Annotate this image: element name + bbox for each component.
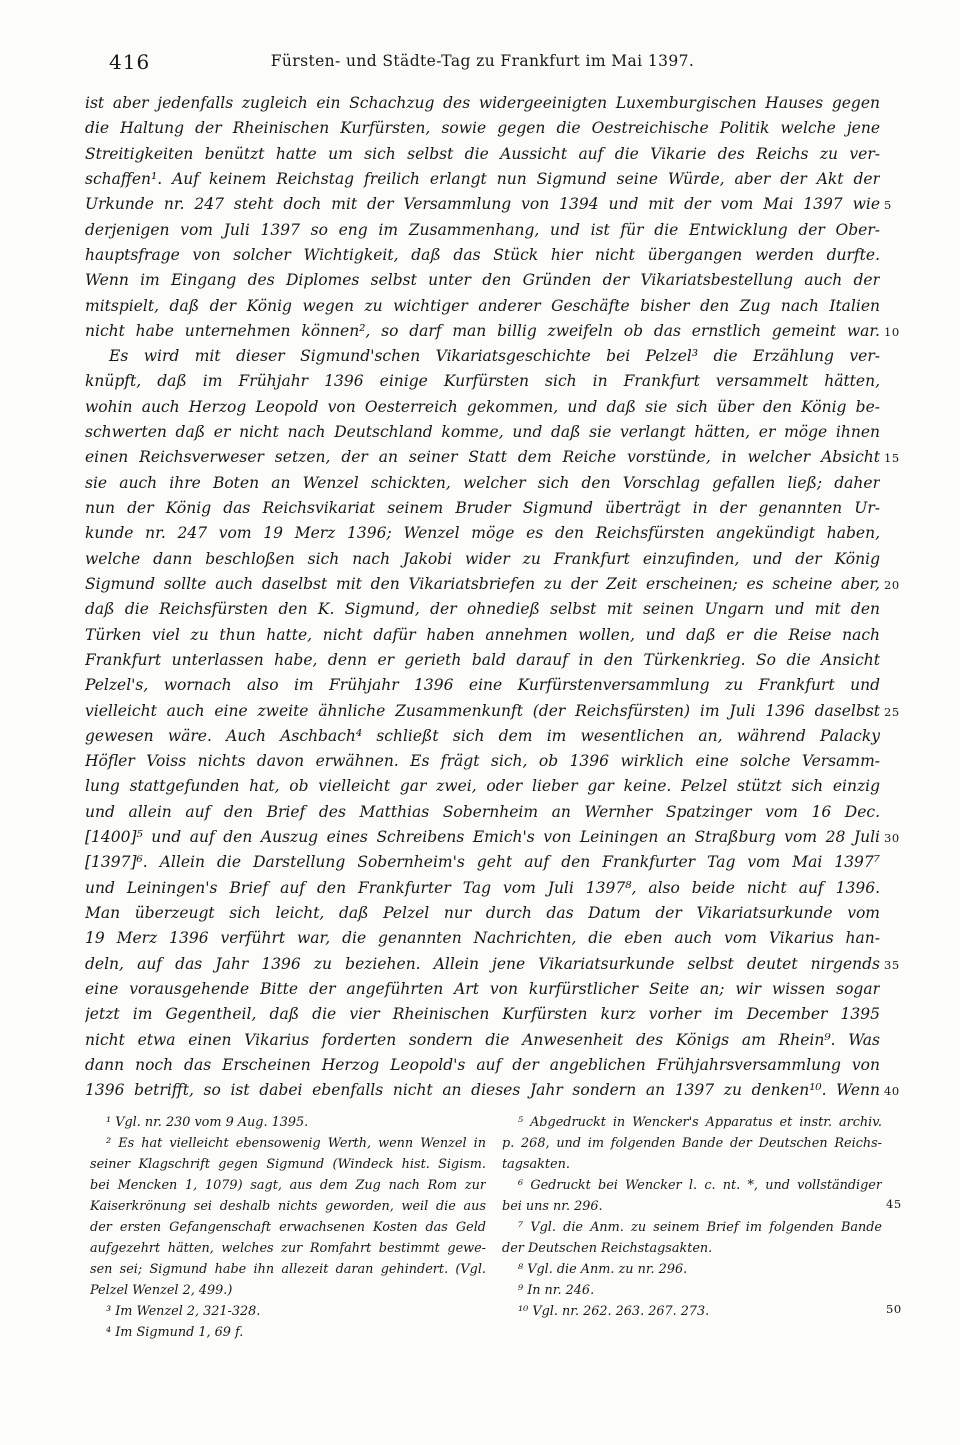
running-head-title: Fürsten- und Städte-Tag zu Frankfurt im …	[85, 46, 880, 70]
footnote-line: ⁷ Vgl. die Anm. zu seinem Brief im folge…	[502, 1217, 882, 1238]
page-number: 416	[109, 50, 150, 74]
line-text: deln, auf das Jahr 1396 zu beziehen. All…	[85, 952, 880, 977]
footnote-line: Pelzel Wenzel 2, 499.)	[90, 1280, 486, 1301]
footnote-text: ¹⁰ Vgl. nr. 262. 263. 267. 273.	[502, 1301, 882, 1322]
footnote-column-left: ¹ Vgl. nr. 230 vom 9 Aug. 1395. ² Es hat…	[90, 1112, 486, 1343]
margin-line-number: 10	[884, 320, 910, 345]
main-text: ist aber jedenfalls zugleich ein Schachz…	[85, 91, 880, 1104]
footnote-line: tagsakten.	[502, 1154, 882, 1175]
footnote-text: der Deutschen Reichstagsakten.	[502, 1238, 882, 1259]
line-text: nun der König das Reichsvikariat seinem …	[85, 496, 880, 521]
text-line: Wenn im Eingang des Diplomes selbst unte…	[85, 268, 880, 293]
footnote-line: ¹ Vgl. nr. 230 vom 9 Aug. 1395.	[90, 1112, 486, 1133]
line-text: nicht etwa einen Vikarius forderten sond…	[85, 1028, 880, 1053]
footnote-line: aufgezehrt hätten, welches zur Romfahrt …	[90, 1238, 486, 1259]
text-line: hauptsfrage von solcher Wichtigkeit, daß…	[85, 243, 880, 268]
line-text: eine vorausgehende Bitte der angeführten…	[85, 977, 880, 1002]
margin-line-number: 20	[884, 573, 910, 598]
text-line: Urkunde nr. 247 steht doch mit der Versa…	[85, 192, 880, 217]
line-text: und allein auf den Brief des Matthias So…	[85, 800, 880, 825]
footnote-line: ¹⁰ Vgl. nr. 262. 263. 267. 273. 50	[502, 1301, 882, 1322]
footnote-text: aufgezehrt hätten, welches zur Romfahrt …	[90, 1238, 486, 1259]
line-text: schaffen¹. Auf keinem Reichstag freilich…	[85, 167, 880, 192]
footnote-text: ⁶ Gedruckt bei Wencker l. c. nt. *, und …	[502, 1175, 882, 1196]
footnote-line: bei Mencken 1, 1079) sagt, aus dem Zug n…	[90, 1175, 486, 1196]
text-line: jetzt im Gegentheil, daß die vier Rheini…	[85, 1002, 880, 1027]
footnote-line: ⁴ Im Sigmund 1, 69 f.	[90, 1322, 486, 1343]
line-text: gewesen wäre. Auch Aschbach⁴ schließt si…	[85, 724, 880, 749]
footnote-text: ² Es hat vielleicht ebensowenig Werth, w…	[90, 1133, 486, 1154]
text-line: daß die Reichsfürsten den K. Sigmund, de…	[85, 597, 880, 622]
footnote-line: ⁶ Gedruckt bei Wencker l. c. nt. *, und …	[502, 1175, 882, 1196]
text-line: mitspielt, daß der König wegen zu wichti…	[85, 294, 880, 319]
footnote-text: Pelzel Wenzel 2, 499.)	[90, 1280, 486, 1301]
line-text: wohin auch Herzog Leopold von Oesterreic…	[85, 395, 880, 420]
line-text: hauptsfrage von solcher Wichtigkeit, daß…	[85, 243, 880, 268]
footnote-line: bei uns nr. 296. 45	[502, 1196, 882, 1217]
line-text: welche dann beschloßen sich nach Jakobi …	[85, 547, 880, 572]
footnote-line: ⁵ Abgedruckt in Wencker's Apparatus et i…	[502, 1112, 882, 1133]
footnote-text: tagsakten.	[502, 1154, 882, 1175]
text-line: Man überzeugt sich leicht, daß Pelzel nu…	[85, 901, 880, 926]
line-text: Man überzeugt sich leicht, daß Pelzel nu…	[85, 901, 880, 926]
footnote-text: p. 268, und im folgenden Bande der Deuts…	[502, 1133, 882, 1154]
text-line: Frankfurt unterlassen habe, denn er geri…	[85, 648, 880, 673]
text-line: 19 Merz 1396 verführt war, die genannten…	[85, 926, 880, 951]
footnote-text: der ersten Gefangenschaft erwachsenen Ko…	[90, 1217, 486, 1238]
text-line: 1396 betrifft, so ist dabei ebenfalls ni…	[85, 1078, 880, 1103]
line-text: schwerten daß er nicht nach Deutschland …	[85, 420, 880, 445]
text-line: schaffen¹. Auf keinem Reichstag freilich…	[85, 167, 880, 192]
footnote-text: Kaiserkrönung sei deshalb nichts geworde…	[90, 1196, 486, 1217]
footnote-text: seiner Klagschrift gegen Sigmund (Windec…	[90, 1154, 486, 1175]
footnote-text: ⁴ Im Sigmund 1, 69 f.	[90, 1322, 486, 1343]
text-line: Streitigkeiten benützt hatte um sich sel…	[85, 142, 880, 167]
line-text: [1397]⁶. Allein die Darstellung Sobernhe…	[85, 850, 880, 875]
footnote-line: seiner Klagschrift gegen Sigmund (Windec…	[90, 1154, 486, 1175]
text-line: Pelzel's, wornach also im Frühjahr 1396 …	[85, 673, 880, 698]
footnote-line: p. 268, und im folgenden Bande der Deuts…	[502, 1133, 882, 1154]
line-text: ist aber jedenfalls zugleich ein Schachz…	[85, 91, 880, 116]
line-text: Türken viel zu thun hatte, nicht dafür h…	[85, 623, 880, 648]
margin-line-number: 40	[884, 1079, 910, 1104]
line-text: dann noch das Erscheinen Herzog Leopold'…	[85, 1053, 880, 1078]
line-text: einen Reichsverweser setzen, der an sein…	[85, 445, 880, 470]
line-text: jetzt im Gegentheil, daß die vier Rheini…	[85, 1002, 880, 1027]
footnote-text: ⁸ Vgl. die Anm. zu nr. 296.	[502, 1259, 882, 1280]
line-text: Wenn im Eingang des Diplomes selbst unte…	[85, 268, 880, 293]
line-text: [1400]⁵ und auf den Auszug eines Schreib…	[85, 825, 880, 850]
line-text: nicht habe unternehmen können², so darf …	[85, 319, 880, 344]
line-text: derjenigen vom Juli 1397 so eng im Zusam…	[85, 218, 880, 243]
line-text: Höfler Voiss nichts davon erwähnen. Es f…	[85, 749, 880, 774]
text-line: [1397]⁶. Allein die Darstellung Sobernhe…	[85, 850, 880, 875]
footnote-line: der Deutschen Reichstagsakten.	[502, 1238, 882, 1259]
text-line: derjenigen vom Juli 1397 so eng im Zusam…	[85, 218, 880, 243]
line-text: sie auch ihre Boten an Wenzel schickten,…	[85, 471, 880, 496]
footnote-text: ¹ Vgl. nr. 230 vom 9 Aug. 1395.	[90, 1112, 486, 1133]
footnote-line: der ersten Gefangenschaft erwachsenen Ko…	[90, 1217, 486, 1238]
line-text: die Haltung der Rheinischen Kurfürsten, …	[85, 116, 880, 141]
line-text: und Leiningen's Brief auf den Frankfurte…	[85, 876, 880, 901]
text-line: kunde nr. 247 vom 19 Merz 1396; Wenzel m…	[85, 521, 880, 546]
page-header: 416 Fürsten- und Städte-Tag zu Frankfurt…	[85, 46, 880, 76]
line-text: 1396 betrifft, so ist dabei ebenfalls ni…	[85, 1078, 880, 1103]
text-line: ist aber jedenfalls zugleich ein Schachz…	[85, 91, 880, 116]
text-line: Es wird mit dieser Sigmund'schen Vikaria…	[85, 344, 880, 369]
text-line: gewesen wäre. Auch Aschbach⁴ schließt si…	[85, 724, 880, 749]
text-line: und allein auf den Brief des Matthias So…	[85, 800, 880, 825]
footnote-text: ³ Im Wenzel 2, 321-328.	[90, 1301, 486, 1322]
footnote-line: ³ Im Wenzel 2, 321-328.	[90, 1301, 486, 1322]
line-text: lung stattgefunden hat, ob vielleicht ga…	[85, 774, 880, 799]
line-text: Pelzel's, wornach also im Frühjahr 1396 …	[85, 673, 880, 698]
text-line: und Leiningen's Brief auf den Frankfurte…	[85, 876, 880, 901]
line-text: Streitigkeiten benützt hatte um sich sel…	[85, 142, 880, 167]
footnote-line: ⁸ Vgl. die Anm. zu nr. 296.	[502, 1259, 882, 1280]
margin-line-number: 50	[886, 1299, 910, 1320]
line-text: Es wird mit dieser Sigmund'schen Vikaria…	[85, 344, 880, 369]
margin-line-number: 15	[884, 446, 910, 471]
text-line: welche dann beschloßen sich nach Jakobi …	[85, 547, 880, 572]
line-text: 19 Merz 1396 verführt war, die genannten…	[85, 926, 880, 951]
footnote-text: ⁷ Vgl. die Anm. zu seinem Brief im folge…	[502, 1217, 882, 1238]
text-line: nicht habe unternehmen können², so darf …	[85, 319, 880, 344]
footnote-column-right: ⁵ Abgedruckt in Wencker's Apparatus et i…	[502, 1112, 882, 1343]
margin-line-number: 35	[884, 953, 910, 978]
line-text: vielleicht auch eine zweite ähnliche Zus…	[85, 699, 880, 724]
text-line: deln, auf das Jahr 1396 zu beziehen. All…	[85, 952, 880, 977]
margin-line-number: 30	[884, 826, 910, 851]
footnotes-section: ¹ Vgl. nr. 230 vom 9 Aug. 1395. ² Es hat…	[90, 1112, 882, 1343]
text-line: schwerten daß er nicht nach Deutschland …	[85, 420, 880, 445]
line-text: Urkunde nr. 247 steht doch mit der Versa…	[85, 192, 880, 217]
text-line: eine vorausgehende Bitte der angeführten…	[85, 977, 880, 1002]
text-line: knüpft, daß im Frühjahr 1396 einige Kurf…	[85, 369, 880, 394]
footnote-line: Kaiserkrönung sei deshalb nichts geworde…	[90, 1196, 486, 1217]
text-line: die Haltung der Rheinischen Kurfürsten, …	[85, 116, 880, 141]
text-line: nun der König das Reichsvikariat seinem …	[85, 496, 880, 521]
line-text: daß die Reichsfürsten den K. Sigmund, de…	[85, 597, 880, 622]
line-text: kunde nr. 247 vom 19 Merz 1396; Wenzel m…	[85, 521, 880, 546]
text-line: vielleicht auch eine zweite ähnliche Zus…	[85, 699, 880, 724]
text-line: Sigmund sollte auch daselbst mit den Vik…	[85, 572, 880, 597]
line-text: mitspielt, daß der König wegen zu wichti…	[85, 294, 880, 319]
footnote-text: ⁹ In nr. 246.	[502, 1280, 882, 1301]
line-text: knüpft, daß im Frühjahr 1396 einige Kurf…	[85, 369, 880, 394]
margin-line-number: 5	[884, 193, 910, 218]
line-text: Frankfurt unterlassen habe, denn er geri…	[85, 648, 880, 673]
text-line: lung stattgefunden hat, ob vielleicht ga…	[85, 774, 880, 799]
footnote-text: ⁵ Abgedruckt in Wencker's Apparatus et i…	[502, 1112, 882, 1133]
text-line: Höfler Voiss nichts davon erwähnen. Es f…	[85, 749, 880, 774]
margin-line-number: 45	[886, 1194, 910, 1215]
text-line: dann noch das Erscheinen Herzog Leopold'…	[85, 1053, 880, 1078]
footnote-text: bei Mencken 1, 1079) sagt, aus dem Zug n…	[90, 1175, 486, 1196]
footnote-text: sen sei; Sigmund habe ihn allezeit daran…	[90, 1259, 486, 1280]
text-line: wohin auch Herzog Leopold von Oesterreic…	[85, 395, 880, 420]
footnote-text: bei uns nr. 296.	[502, 1196, 882, 1217]
line-text: Sigmund sollte auch daselbst mit den Vik…	[85, 572, 880, 597]
text-line: sie auch ihre Boten an Wenzel schickten,…	[85, 471, 880, 496]
text-line: [1400]⁵ und auf den Auszug eines Schreib…	[85, 825, 880, 850]
footnote-line: ⁹ In nr. 246.	[502, 1280, 882, 1301]
text-line: einen Reichsverweser setzen, der an sein…	[85, 445, 880, 470]
book-page: 416 Fürsten- und Städte-Tag zu Frankfurt…	[0, 0, 960, 1445]
text-line: nicht etwa einen Vikarius forderten sond…	[85, 1028, 880, 1053]
footnote-line: ² Es hat vielleicht ebensowenig Werth, w…	[90, 1133, 486, 1154]
margin-line-number: 25	[884, 700, 910, 725]
footnote-line: sen sei; Sigmund habe ihn allezeit daran…	[90, 1259, 486, 1280]
text-line: Türken viel zu thun hatte, nicht dafür h…	[85, 623, 880, 648]
